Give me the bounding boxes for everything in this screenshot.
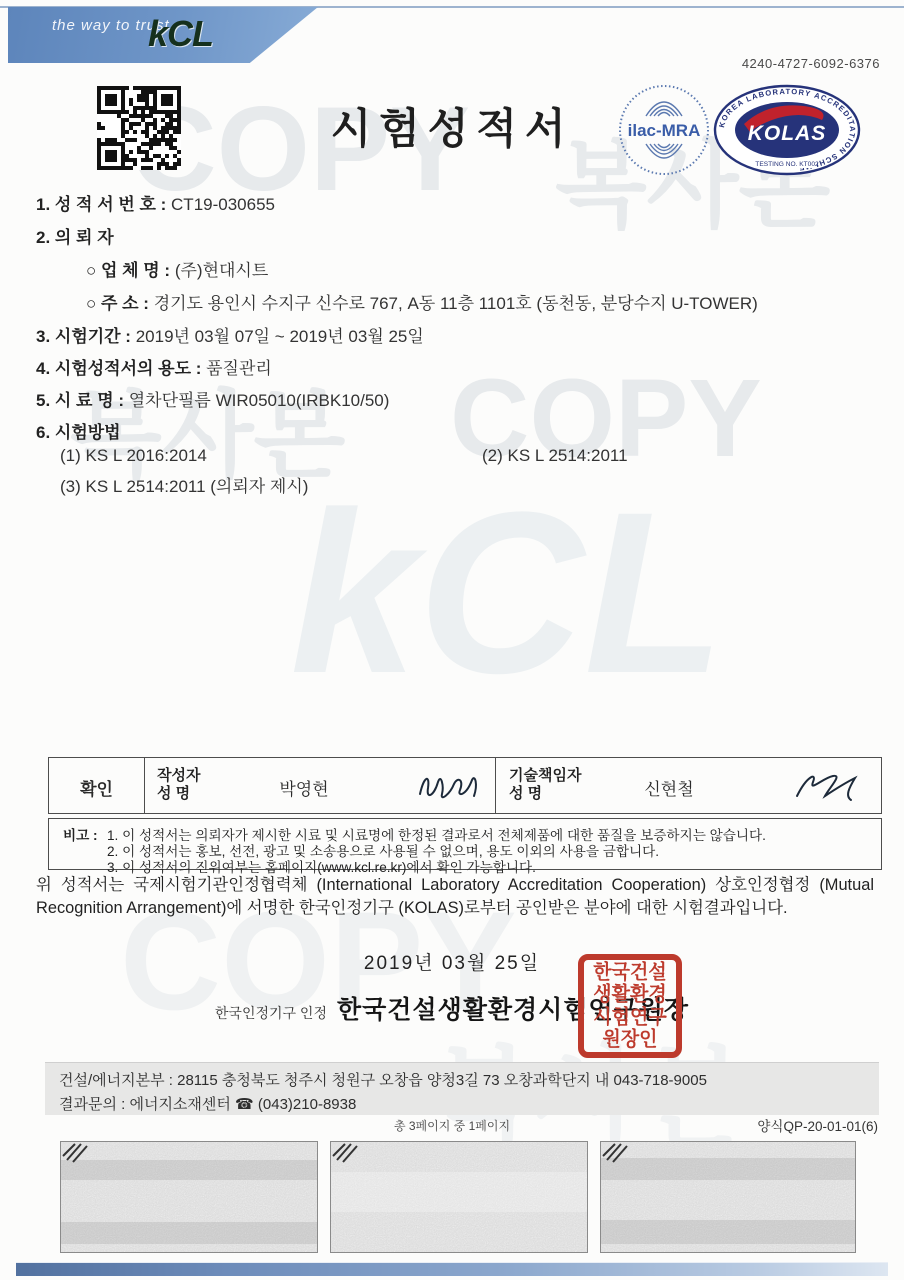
table-divider-1 [144,758,145,813]
report-no-label: 1. 성 적 서 번 호 : [36,195,166,214]
tech-name: 신현철 [609,775,729,800]
company-value: (주)현대시트 [175,261,268,280]
security-pattern-block-3 [600,1141,856,1253]
issue-date: 2019년 03월 25일 [0,948,904,975]
tech-signature [789,766,865,806]
period-label: 3. 시험기간 : [36,327,131,346]
seal-row: 한국건설 [584,963,676,983]
address-label: ○ 주 소 : [86,294,149,313]
report-no-row: 1. 성 적 서 번 호 : CT19-030655 [36,190,275,215]
tech-label-line1: 기술책임자 [509,767,581,785]
note-line-3: 3. 이 성적서의 진위여부는 홈페이지(www.kcl.re.kr)에서 확인… [107,856,536,876]
security-pattern-block-1 [60,1141,318,1253]
client-label: 2. 의 뢰 자 [36,228,114,247]
official-seal-stamp: 한국건설 생활환경 시험연구 원장인 [578,954,682,1058]
seal-row: 생활환경 [584,985,676,1005]
address-value: 경기도 용인시 수지구 신수로 767, A동 11층 1101호 (동천동, … [154,294,758,313]
purpose-row: 4. 시험성적서의 용도 : 품질관리 [36,354,272,379]
method-row: 6. 시험방법 [36,418,121,443]
address-row: ○ 주 소 : 경기도 용인시 수지구 신수로 767, A동 11층 1101… [86,289,758,314]
kcl-ghost-watermark: kCL [290,460,725,725]
bottom-accent-bar [16,1262,888,1276]
writer-label-line2: 성 명 [157,785,200,803]
footer-contact: 결과문의 : 에너지소재센터 ☎ (043)210-8938 [59,1093,356,1114]
company-label: ○ 업 체 명 : [86,261,170,280]
purpose-value: 품질관리 [206,359,272,378]
writer-label: 작성자 성 명 [157,767,200,803]
kolas-logo: KOREA LABORATORY ACCREDITATION SCHEME KO… [710,80,864,180]
company-row: ○ 업 체 명 : (주)현대시트 [86,256,268,281]
report-no-value: CT19-030655 [171,195,275,214]
notes-label: 비고 : [63,824,98,844]
purpose-label: 4. 시험성적서의 용도 : [36,359,201,378]
accreditation-label: 한국인정기구 인정 [215,1003,327,1023]
signature-table: 확인 작성자 성 명 박영현 기술책임자 성 명 신현철 [48,757,882,814]
sample-row: 5. 시 료 명 : 열차단필름 WIR05010(IRBK10/50) [36,386,389,411]
footer-contact-band: 건설/에너지본부 : 28115 충청북도 청주시 청원구 오창읍 양청3길 7… [45,1062,879,1115]
table-divider-2 [495,758,496,813]
footer-address: 건설/에너지본부 : 28115 충청북도 청주시 청원구 오창읍 양청3길 7… [59,1069,707,1090]
tech-label-line2: 성 명 [509,785,581,803]
sample-label: 5. 시 료 명 : [36,391,124,410]
period-row: 3. 시험기간 : 2019년 03월 07일 ~ 2019년 03월 25일 [36,322,424,347]
kcl-logo: kCL [148,13,213,55]
method-1: (1) KS L 2016:2014 [60,446,207,466]
seal-row: 시험연구 [584,1007,676,1027]
notes-box: 비고 : 1. 이 성적서는 의뢰자가 제시한 시료 및 시료명에 한정된 결과… [48,818,882,870]
period-value: 2019년 03월 07일 ~ 2019년 03월 25일 [136,327,424,346]
test-report-page: COPY 복사본 복사본 COPY kCL COPY 복사본 the way t… [0,0,904,1280]
method-label: 6. 시험방법 [36,423,121,442]
sample-value: 열차단필름 WIR05010(IRBK10/50) [129,391,390,410]
client-row: 2. 의 뢰 자 [36,223,114,248]
writer-label-line1: 작성자 [157,767,200,785]
writer-name: 박영현 [244,775,364,800]
kolas-testing-no: TESTING NO. KT002 [755,161,819,168]
document-number: 4240-4727-6092-6376 [742,56,880,71]
form-number: 양식QP-20-01-01(6) [757,1115,878,1135]
security-pattern-block-2 [330,1141,588,1253]
writer-signature [414,766,484,806]
confirm-cell: 확인 [49,775,144,800]
seal-row: 원장인 [584,1029,676,1049]
method-2: (2) KS L 2514:2011 [482,446,628,466]
method-3: (3) KS L 2514:2011 (의뢰자 제시) [60,472,308,497]
kolas-statement: 위 성적서는 국제시험기관인정협력체 (International Labora… [36,874,874,920]
issuing-org-row: 한국인정기구 인정 한국건설생활환경시험연구원장 [0,990,904,1026]
tech-label: 기술책임자 성 명 [509,767,581,803]
ilac-mra-logo: ilac-MRA [616,82,712,178]
ilac-mra-label: ilac-MRA [628,121,701,140]
kolas-label: KOLAS [748,122,827,145]
